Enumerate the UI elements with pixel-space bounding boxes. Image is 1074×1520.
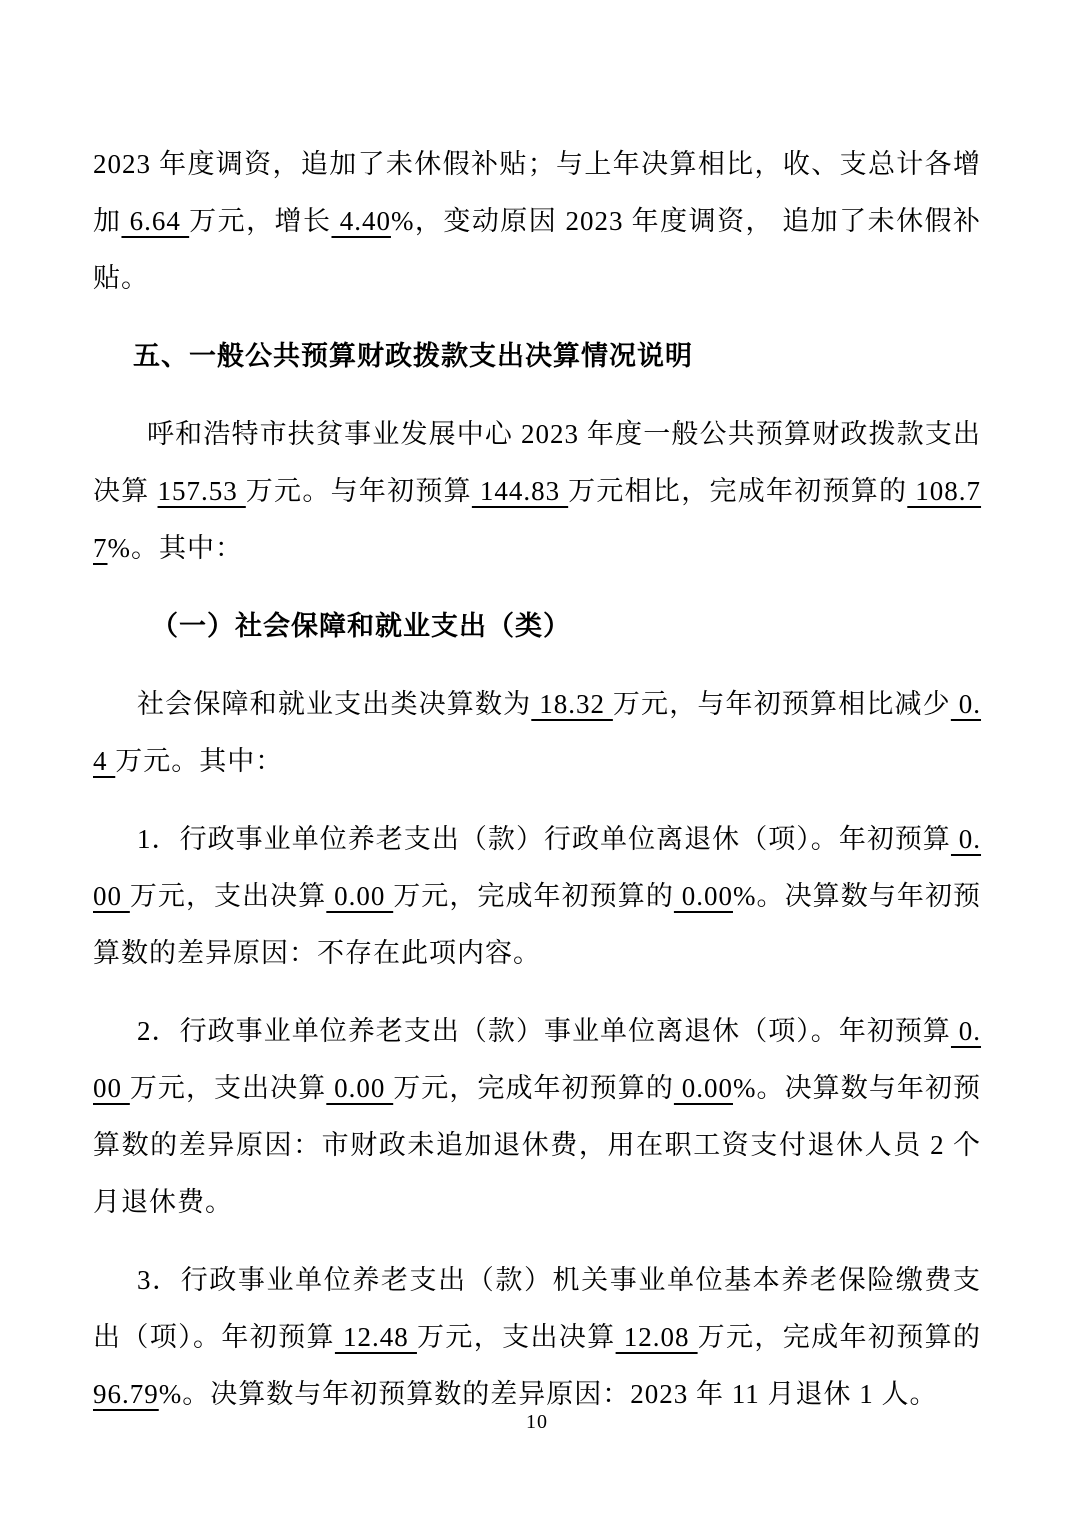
value-item1-percent: 0.00	[674, 881, 733, 911]
para-item-2: 2．行政事业单位养老支出（款）事业单位离退休（项）。年初预算 0.00 万元，支…	[93, 1003, 981, 1231]
value-expenditure-total: 157.53	[158, 476, 246, 506]
text-run: 万元，支出决算	[417, 1322, 616, 1352]
heading-subsection-1: （一）社会保障和就业支出（类）	[93, 598, 981, 655]
document-content: 2023 年度调资，追加了未休假补贴；与上年决算相比，收、支总计各增加 6.64…	[93, 136, 981, 1444]
value-initial-budget: 144.83	[472, 476, 568, 506]
value-item3-percent: 96.79	[93, 1379, 159, 1409]
text-run: 万元。与年初预算	[246, 476, 472, 506]
text-run: 万元相比，完成年初预算的	[568, 476, 907, 506]
value-item3-final: 12.08	[616, 1322, 698, 1352]
text-run: 1．行政事业单位养老支出（款）行政单位离退休（项）。年初预算	[137, 824, 951, 854]
heading-section-5: 五、一般公共预算财政拨款支出决算情况说明	[93, 328, 981, 385]
text-run: 万元，支出决算	[130, 1073, 326, 1103]
text-run: 万元，与年初预算相比减少	[613, 689, 951, 719]
para-social-summary: 社会保障和就业支出类决算数为 18.32 万元，与年初预算相比减少 0.4 万元…	[93, 676, 981, 790]
text-run: 万元，完成年初预算的	[393, 881, 674, 911]
value-item3-initial-budget: 12.48	[335, 1322, 417, 1352]
value-item2-percent: 0.00	[674, 1073, 733, 1103]
text-run: 万元，完成年初预算的	[393, 1073, 674, 1103]
value-item2-final: 0.00	[326, 1073, 393, 1103]
value-increase-amount: 6.64	[121, 206, 189, 236]
page-number: 10	[0, 1410, 1074, 1434]
para-overview: 呼和浩特市扶贫事业发展中心 2023 年度一般公共预算财政拨款支出决算 157.…	[93, 406, 981, 577]
value-social-final: 18.32	[531, 689, 613, 719]
text-run: 社会保障和就业支出类决算数为	[137, 689, 531, 719]
text-run: 万元。其中：	[115, 746, 283, 776]
text-run: 万元，增长	[189, 206, 331, 236]
text-run: 万元，支出决算	[130, 881, 326, 911]
text-run: 万元，完成年初预算的	[698, 1322, 981, 1352]
text-run: %。决算数与年初预算数的差异原因：2023 年 11 月退休 1 人。	[159, 1379, 938, 1409]
value-item1-final: 0.00	[326, 881, 393, 911]
text-run: %。其中：	[108, 533, 244, 563]
value-increase-percent: 4.40	[331, 206, 390, 236]
para-carryover: 2023 年度调资，追加了未休假补贴；与上年决算相比，收、支总计各增加 6.64…	[93, 136, 981, 307]
para-item-1: 1．行政事业单位养老支出（款）行政单位离退休（项）。年初预算 0.00 万元，支…	[93, 811, 981, 982]
text-run: 2．行政事业单位养老支出（款）事业单位离退休（项）。年初预算	[137, 1016, 951, 1046]
para-item-3: 3．行政事业单位养老支出（款）机关事业单位基本养老保险缴费支出（项）。年初预算 …	[93, 1252, 981, 1423]
document-page: 2023 年度调资，追加了未休假补贴；与上年决算相比，收、支总计各增加 6.64…	[0, 0, 1074, 1520]
